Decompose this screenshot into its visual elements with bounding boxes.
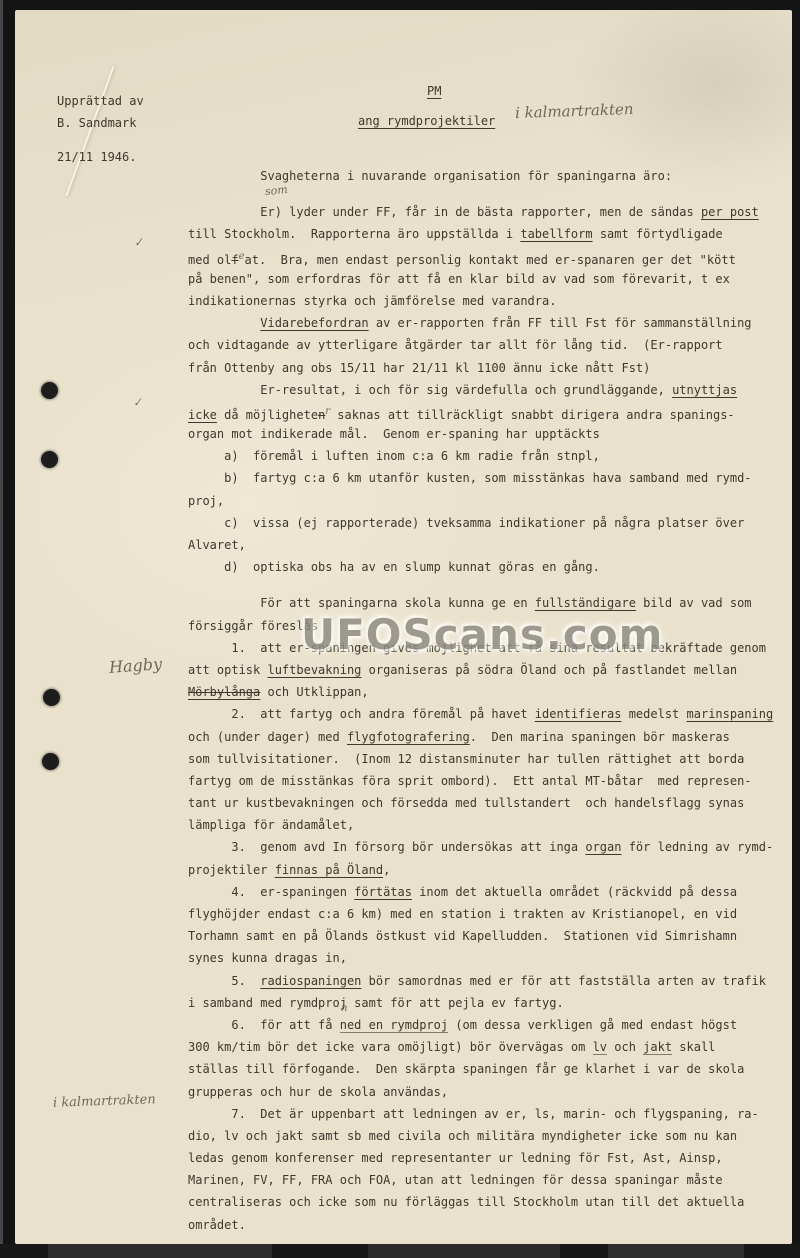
text-line: lämpliga för ändamålet, — [188, 814, 788, 836]
punch-hole — [41, 382, 58, 399]
scan-frame-left-edge — [0, 0, 3, 1258]
text-line: 2. att fartyg och andra föremål på havet… — [188, 703, 788, 725]
punch-hole — [42, 753, 59, 770]
scan-frame-bottom-edge — [0, 1244, 800, 1258]
text-line: dio, lv och jakt samt sb med civila och … — [188, 1125, 788, 1147]
text-line: Mörbylånga och Utklippan, — [188, 681, 788, 703]
document-body: Svagheterna i nuvarande organisation för… — [188, 165, 788, 1236]
document-date: 21/11 1946. — [57, 146, 136, 168]
text-line: grupperas och hur de skola användas, — [188, 1081, 788, 1103]
document-title: PM — [427, 80, 441, 102]
text-line: med olfeat. Bra, men endast personlig ko… — [188, 246, 788, 268]
text-line: organ mot indikerade mål. Genom er-spani… — [188, 423, 788, 445]
text-line: projektiler finnas på Öland, — [188, 859, 788, 881]
text-line: till Stockholm. Rapporterna äro uppställ… — [188, 223, 788, 245]
text-line: Marinen, FV, FF, FRA och FOA, utan att l… — [188, 1169, 788, 1191]
text-line: 5. radiospaningen bör samordnas med er f… — [188, 970, 788, 992]
handwritten-note-header: i kalmartrakten — [515, 100, 634, 122]
text-line: Torhamn samt en på Ölands östkust vid Ka… — [188, 925, 788, 947]
text-line: på benen", som erfordras för att få en k… — [188, 268, 788, 290]
text-line: 7. Det är uppenbart att ledningen av er,… — [188, 1103, 788, 1125]
text-line: d) optiska obs ha av en slump kunnat gör… — [188, 556, 788, 578]
text-line: proj, — [188, 490, 788, 512]
text-line: flyghöjder endast c:a 6 km) med en stati… — [188, 903, 788, 925]
punch-hole — [41, 451, 58, 468]
prepared-by-label: Upprättad av — [57, 90, 144, 112]
text-line: ställas till förfogande. Den skärpta spa… — [188, 1058, 788, 1080]
paper-sheet: Upprättad av B. Sandmark 21/11 1946. PM … — [15, 10, 792, 1244]
text-line: fartyg om de misstänkas föra sprit ombor… — [188, 770, 788, 792]
text-line: Vidarebefordran av er-rapporten från FF … — [188, 312, 788, 334]
paragraph-gap — [188, 578, 788, 592]
text-line: Er-resultat, i och för sig värdefulla oc… — [188, 379, 788, 401]
watermark: UFOScans.com — [301, 610, 663, 659]
text-line: centraliseras och icke som nu förläggas … — [188, 1191, 788, 1213]
text-line: i samband med rymdproj samt för att pejl… — [188, 992, 788, 1014]
scanned-document-page: { "page": { "frame_color": "#141414", "p… — [0, 0, 800, 1258]
text-line: från Ottenby ang obs 15/11 har 21/11 kl … — [188, 357, 788, 379]
text-line: indikationernas styrka och jämförelse me… — [188, 290, 788, 312]
handwritten-note-bottom: i kalmartrakten — [53, 1092, 156, 1111]
text-line: Er) lyder under FF, får in de bästa rapp… — [188, 201, 788, 223]
text-line: och vidtagande av ytterligare åtgärder t… — [188, 334, 788, 356]
checkmark-1: ✓ — [133, 235, 144, 249]
text-line: 3. genom avd In försorg bör undersökas a… — [188, 836, 788, 858]
text-line: 6. för att få ned en rymdproj (om dessa … — [188, 1014, 788, 1036]
handwritten-hagby: Hagby — [108, 654, 162, 677]
punch-hole — [43, 689, 60, 706]
text-line: och (under dager) med flygfotografering.… — [188, 726, 788, 748]
text-line: Alvaret, — [188, 534, 788, 556]
handwritten-som: som — [264, 183, 288, 198]
checkmark-2: ✓ — [132, 395, 143, 409]
text-line: 300 km/tim bör det icke vara omöjligt) b… — [188, 1036, 788, 1058]
text-line: synes kunna dragas in, — [188, 947, 788, 969]
text-line: a) föremål i luften inom c:a 6 km radie … — [188, 445, 788, 467]
text-line: tant ur kustbevakningen och försedda med… — [188, 792, 788, 814]
text-line: som tullvisitationer. (Inom 12 distansmi… — [188, 748, 788, 770]
text-line: att optisk luftbevakning organiseras på … — [188, 659, 788, 681]
handwritten-n-correction: n — [341, 1003, 347, 1014]
author-name: B. Sandmark — [57, 112, 136, 134]
text-line: b) fartyg c:a 6 km utanför kusten, som m… — [188, 467, 788, 489]
text-line: området. — [188, 1214, 788, 1236]
text-line: c) vissa (ej rapporterade) tveksamma ind… — [188, 512, 788, 534]
text-line: icke då möjlighetenr saknas att tillräck… — [188, 401, 788, 423]
text-line: 4. er-spaningen förtätas inom det aktuel… — [188, 881, 788, 903]
text-line: ledas genom konferenser med representant… — [188, 1147, 788, 1169]
document-subtitle: ang rymdprojektiler — [358, 110, 495, 132]
